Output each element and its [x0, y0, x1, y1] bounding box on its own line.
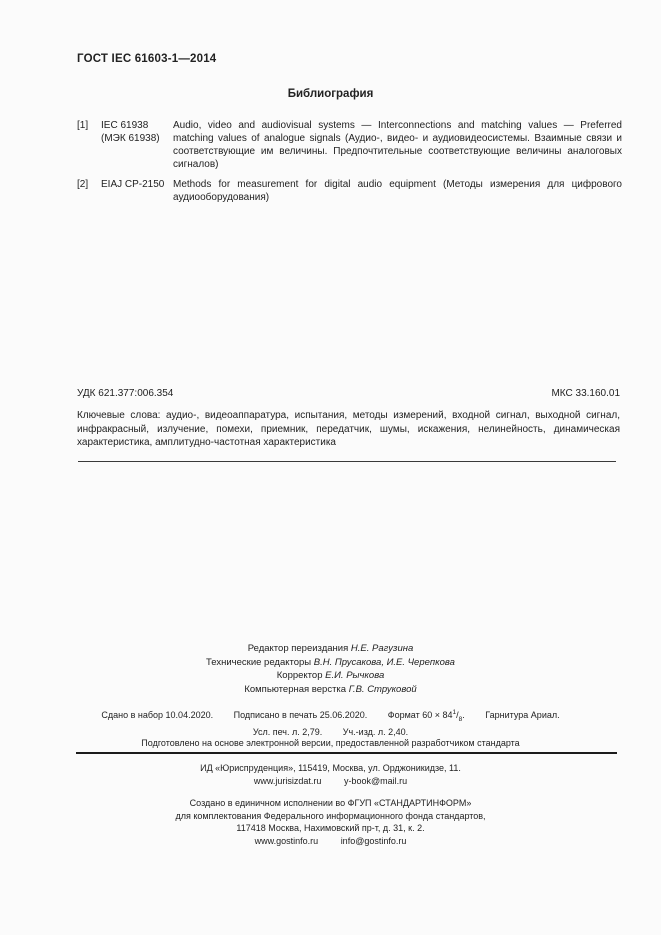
divider-thin — [78, 461, 616, 462]
credit-names: В.Н. Прусакова, И.Е. Черепкова — [314, 657, 455, 668]
standartinform-website: www.gostinfo.ru — [255, 836, 319, 846]
entry-reference: EIAJ CP-2150 — [101, 178, 173, 204]
imprint-format-prefix: Формат 60 × 84 — [388, 710, 453, 720]
entry-reference-line2: (МЭК 61938) — [101, 132, 173, 145]
bibliography-entry: [1] IEC 61938 (МЭК 61938) Audio, video a… — [77, 119, 622, 171]
credit-names: Е.И. Рычкова — [325, 670, 384, 681]
document-code: ГОСТ IEC 61603-1—2014 — [77, 53, 216, 65]
credit-names: Г.В. Струковой — [349, 684, 417, 695]
publisher-block: ИД «Юриспруденция», 115419, Москва, ул. … — [0, 762, 661, 788]
imprint-line-2: Усл. печ. л. 2,79. Уч.-изд. л. 2,40. — [0, 726, 661, 739]
publisher-website: www.jurisizdat.ru — [254, 776, 322, 786]
imprint-publishing-sheets: Уч.-изд. л. 2,40. — [343, 727, 408, 737]
credits-block: Редактор переиздания Н.Е. Рагузина Техни… — [0, 642, 661, 696]
credit-label: Корректор — [277, 670, 323, 681]
classification-row: УДК 621.377:006.354 МКС 33.160.01 — [77, 388, 620, 399]
document-page: ГОСТ IEC 61603-1—2014 Библиография [1] I… — [0, 0, 661, 935]
standartinform-contacts: www.gostinfo.ru info@gostinfo.ru — [0, 835, 661, 848]
credit-line-proofreader: Корректор Е.И. Рычкова — [0, 669, 661, 683]
credit-line-layout: Компьютерная верстка Г.В. Струковой — [0, 683, 661, 697]
entry-description: Methods for measurement for digital audi… — [173, 178, 622, 204]
bibliography-entry: [2] EIAJ CP-2150 Methods for measurement… — [77, 178, 622, 204]
credit-label: Технические редакторы — [206, 657, 311, 668]
standartinform-line3: 117418 Москва, Нахимовский пр-т, д. 31, … — [0, 822, 661, 835]
bibliography-title: Библиография — [0, 88, 661, 100]
imprint-conventional-sheets: Усл. печ. л. 2,79. — [253, 727, 322, 737]
credit-label: Редактор переиздания — [248, 643, 349, 654]
prepared-note: Подготовлено на основе электронной верси… — [0, 738, 661, 748]
entry-number: [1] — [77, 119, 101, 171]
keywords-paragraph: Ключевые слова: аудио-, видеоаппаратура,… — [77, 409, 620, 450]
imprint-format: Формат 60 × 841/8. — [388, 710, 465, 720]
publisher-address: ИД «Юриспруденция», 115419, Москва, ул. … — [0, 762, 661, 775]
imprint-print-date: Подписано в печать 25.06.2020. — [234, 710, 368, 720]
imprint-line-1: Сдано в набор 10.04.2020. Подписано в пе… — [0, 706, 661, 726]
entry-number: [2] — [77, 178, 101, 204]
udk-code: УДК 621.377:006.354 — [77, 388, 173, 399]
credit-label: Компьютерная верстка — [244, 684, 346, 695]
credit-line-technical-editors: Технические редакторы В.Н. Прусакова, И.… — [0, 656, 661, 670]
imprint-block: Сдано в набор 10.04.2020. Подписано в пе… — [0, 706, 661, 739]
credit-names: Н.Е. Рагузина — [351, 643, 413, 654]
standartinform-email: info@gostinfo.ru — [341, 836, 407, 846]
bibliography-list: [1] IEC 61938 (МЭК 61938) Audio, video a… — [77, 119, 622, 211]
imprint-set-date: Сдано в набор 10.04.2020. — [101, 710, 213, 720]
imprint-typeface: Гарнитура Ариал. — [485, 710, 559, 720]
standartinform-block: Создано в единичном исполнении во ФГУП «… — [0, 797, 661, 847]
standartinform-line1: Создано в единичном исполнении во ФГУП «… — [0, 797, 661, 810]
publisher-contacts: www.jurisizdat.ru y-book@mail.ru — [0, 775, 661, 788]
publisher-email: y-book@mail.ru — [344, 776, 407, 786]
standartinform-line2: для комплектования Федерального информац… — [0, 810, 661, 823]
imprint-format-end: . — [462, 710, 465, 720]
entry-reference-line1: IEC 61938 — [101, 119, 173, 132]
entry-reference: IEC 61938 (МЭК 61938) — [101, 119, 173, 171]
divider-thick — [76, 752, 617, 754]
entry-reference-line1: EIAJ CP-2150 — [101, 178, 173, 191]
entry-description: Audio, video and audiovisual systems — I… — [173, 119, 622, 171]
credit-line-reissue-editor: Редактор переиздания Н.Е. Рагузина — [0, 642, 661, 656]
mks-code: МКС 33.160.01 — [551, 388, 620, 399]
